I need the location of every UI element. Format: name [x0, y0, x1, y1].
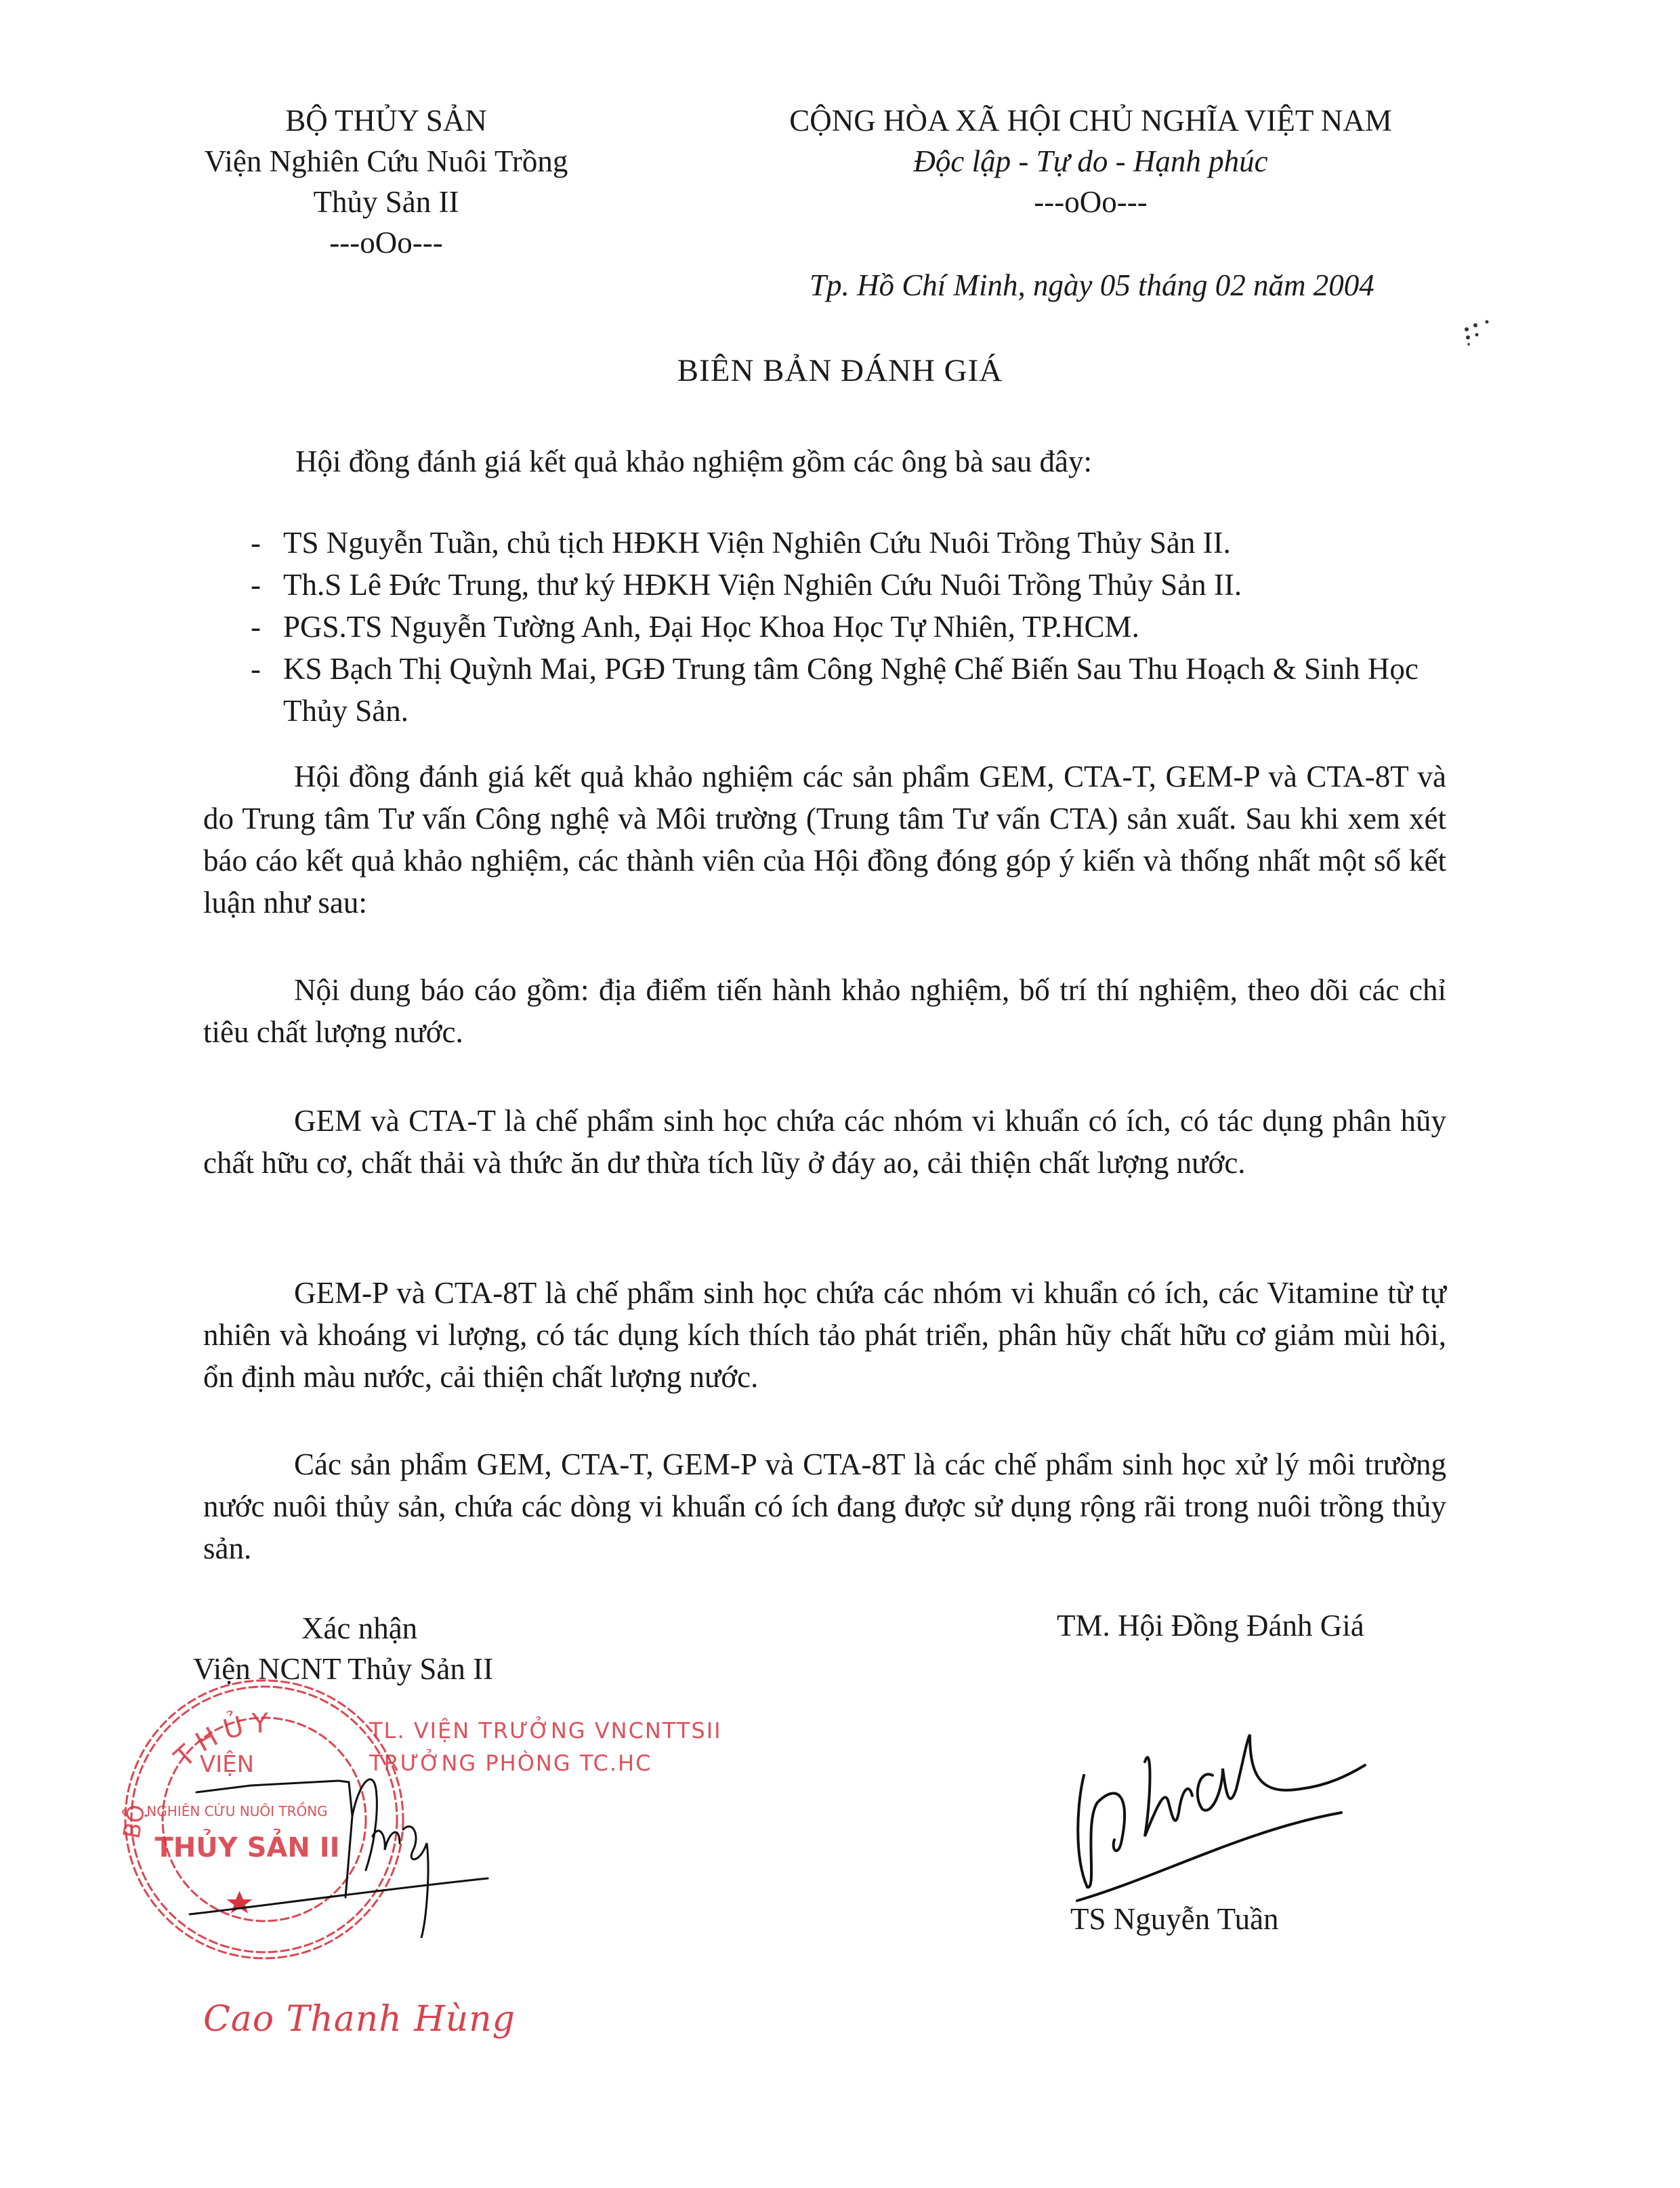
member-text: KS Bạch Thị Quỳnh Mai, PGĐ Trung tâm Côn… — [283, 648, 1436, 732]
confirmation-label: Xác nhận — [193, 1608, 493, 1649]
list-dash: - — [251, 564, 261, 606]
institute-name-line2: Thủy Sản II — [156, 182, 616, 222]
paragraph-council-evaluation: Hội đồng đánh giá kết quả khảo nghiệm cá… — [203, 756, 1446, 924]
member-item: - TS Nguyễn Tuần, chủ tịch HĐKH Viện Ngh… — [230, 522, 1436, 564]
stamp-line-1: TL. VIỆN TRƯỞNG VNCNTTSII — [369, 1714, 722, 1747]
member-text: Th.S Lê Đức Trung, thư ký HĐKH Viện Nghi… — [283, 564, 1436, 606]
paragraph-gem-p-cta-8t: GEM-P và CTA-8T là chế phẩm sinh học chứ… — [203, 1272, 1446, 1398]
list-dash: - — [251, 522, 261, 564]
intro-text: Hội đồng đánh giá kết quả khảo nghiệm gồ… — [295, 444, 1092, 479]
header-left-ornament: ---oOo--- — [156, 222, 616, 263]
member-text: TS Nguyễn Tuần, chủ tịch HĐKH Viện Nghiê… — [283, 522, 1436, 564]
member-item: - PGS.TS Nguyễn Tường Anh, Đại Học Khoa … — [230, 606, 1436, 648]
list-dash: - — [251, 648, 261, 690]
country-name: CỘNG HÒA XÃ HỘI CHỦ NGHĨA VIỆT NAM — [745, 100, 1436, 141]
document-title: BIÊN BẢN ĐÁNH GIÁ — [0, 352, 1680, 389]
paragraph-report-content: Nội dung báo cáo gồm: địa điểm tiến hành… — [203, 969, 1446, 1053]
date-line: Tp. Hồ Chí Minh, ngày 05 tháng 02 năm 20… — [810, 268, 1374, 303]
member-item: - KS Bạch Thị Quỳnh Mai, PGĐ Trung tâm C… — [230, 648, 1436, 732]
member-item: - Th.S Lê Đức Trung, thư ký HĐKH Viện Ng… — [230, 564, 1436, 606]
paragraph-gem-cta-t: GEM và CTA-T là chế phẩm sinh học chứa c… — [203, 1100, 1446, 1184]
stamp-signer-name: Cao Thanh Hùng — [203, 1999, 516, 2040]
header-right: CỘNG HÒA XÃ HỘI CHỦ NGHĨA VIỆT NAM Độc l… — [745, 100, 1436, 222]
paragraph-products-summary: Các sản phẩm GEM, CTA-T, GEM-P và CTA-8T… — [203, 1443, 1446, 1569]
national-motto: Độc lập - Tự do - Hạnh phúc — [745, 141, 1436, 182]
institute-name-line1: Viện Nghiên Cứu Nuôi Trồng — [156, 141, 616, 182]
header-right-ornament: ---oOo--- — [745, 182, 1436, 222]
council-chair-name: TS Nguyễn Tuần — [1070, 1901, 1279, 1937]
ministry-name: BỘ THỦY SẢN — [156, 100, 616, 141]
member-text: PGS.TS Nguyễn Tường Anh, Đại Học Khoa Họ… — [283, 606, 1436, 648]
handwritten-signature-left — [169, 1762, 522, 1938]
council-representative-title: TM. Hội Đồng Đánh Giá — [1057, 1608, 1364, 1643]
header-left: BỘ THỦY SẢN Viện Nghiên Cứu Nuôi Trồng T… — [156, 100, 616, 263]
member-list: - TS Nguyễn Tuần, chủ tịch HĐKH Viện Ngh… — [230, 522, 1436, 732]
list-dash: - — [251, 606, 261, 648]
handwritten-signature-right — [1057, 1701, 1382, 1904]
